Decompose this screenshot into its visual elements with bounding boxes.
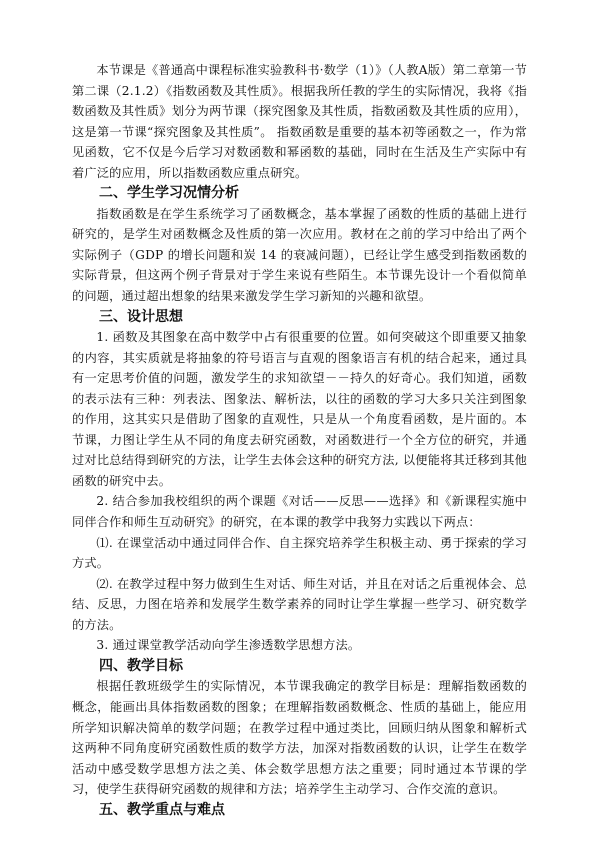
- section-heading-key-points: 五、教学重点与难点: [72, 800, 527, 821]
- design-idea-paragraph-2: 2. 结合参加我校组织的两个课题《对话——反思——选择》和《新课程实施中同伴合作…: [72, 491, 527, 532]
- design-idea-paragraph-3: 3. 通过课堂教学活动向学生渗透数学思想方法。: [72, 635, 527, 656]
- design-idea-point-2: ⑵. 在教学过程中努力做到生生对话、师生对话，并且在对话之后重视体会、总结、反思…: [72, 574, 527, 636]
- teaching-goals-paragraph: 根据任教班级学生的实际情况，本节课我确定的教学目标是：理解指数函数的概念，能画出…: [72, 676, 527, 799]
- design-idea-point-1: ⑴. 在课堂活动中通过同伴合作、自主探究培养学生积极主动、勇于探索的学习方式。: [72, 533, 527, 574]
- section-heading-design-idea: 三、设计思想: [72, 307, 527, 328]
- intro-paragraph: 本节课是《普通高中课程标准实验教科书·数学（1）》（人教A版）第二章第一节第二课…: [72, 60, 527, 183]
- section-heading-student-analysis: 二、学生学习况情分析: [72, 183, 527, 204]
- document-page: 本节课是《普通高中课程标准实验教科书·数学（1）》（人教A版）第二章第一节第二课…: [72, 60, 527, 820]
- student-analysis-paragraph: 指数函数是在学生系统学习了函数概念，基本掌握了函数的性质的基础上进行研究的，是学…: [72, 204, 527, 307]
- section-heading-teaching-goals: 四、教学目标: [72, 656, 527, 677]
- design-idea-paragraph-1: 1. 函数及其图象在高中数学中占有很重要的位置。如何突破这个即重要又抽象的内容，…: [72, 327, 527, 491]
